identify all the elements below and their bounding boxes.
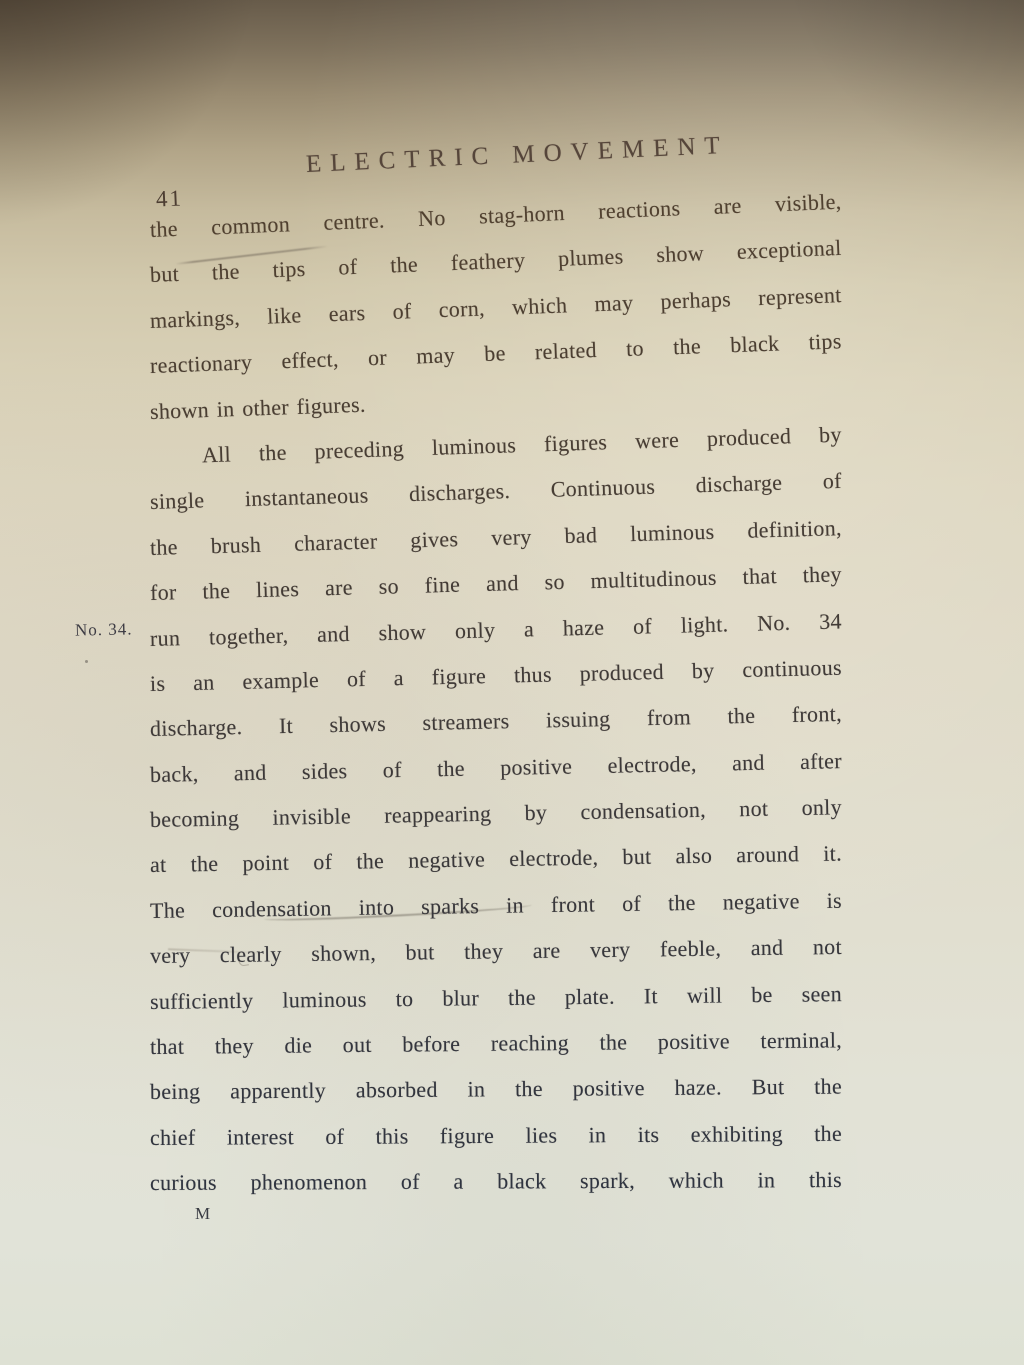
text-line: curious phenomenon of a black spark, whi…	[150, 1157, 842, 1205]
running-header: ELECTRIC MOVEMENT	[305, 132, 729, 179]
signature-mark: M	[195, 1204, 210, 1224]
text-line: chief interest of this figure lies in it…	[150, 1111, 842, 1161]
text-line: very clearly shown, but they are very fe…	[150, 924, 843, 978]
pencil-dot-mark	[85, 660, 88, 663]
text-line: sufficiently luminous to blur the plate.…	[150, 971, 842, 1024]
text-line: that they die out before reaching the po…	[150, 1017, 842, 1069]
book-page-photo: 41 ELECTRIC MOVEMENT No. 34. the common …	[0, 0, 1024, 1365]
text-line: being apparently absorbed in the positiv…	[150, 1064, 842, 1115]
margin-note-figure-ref: No. 34.	[75, 619, 133, 640]
text-block: the common centre. No stag-horn reaction…	[150, 207, 842, 1206]
